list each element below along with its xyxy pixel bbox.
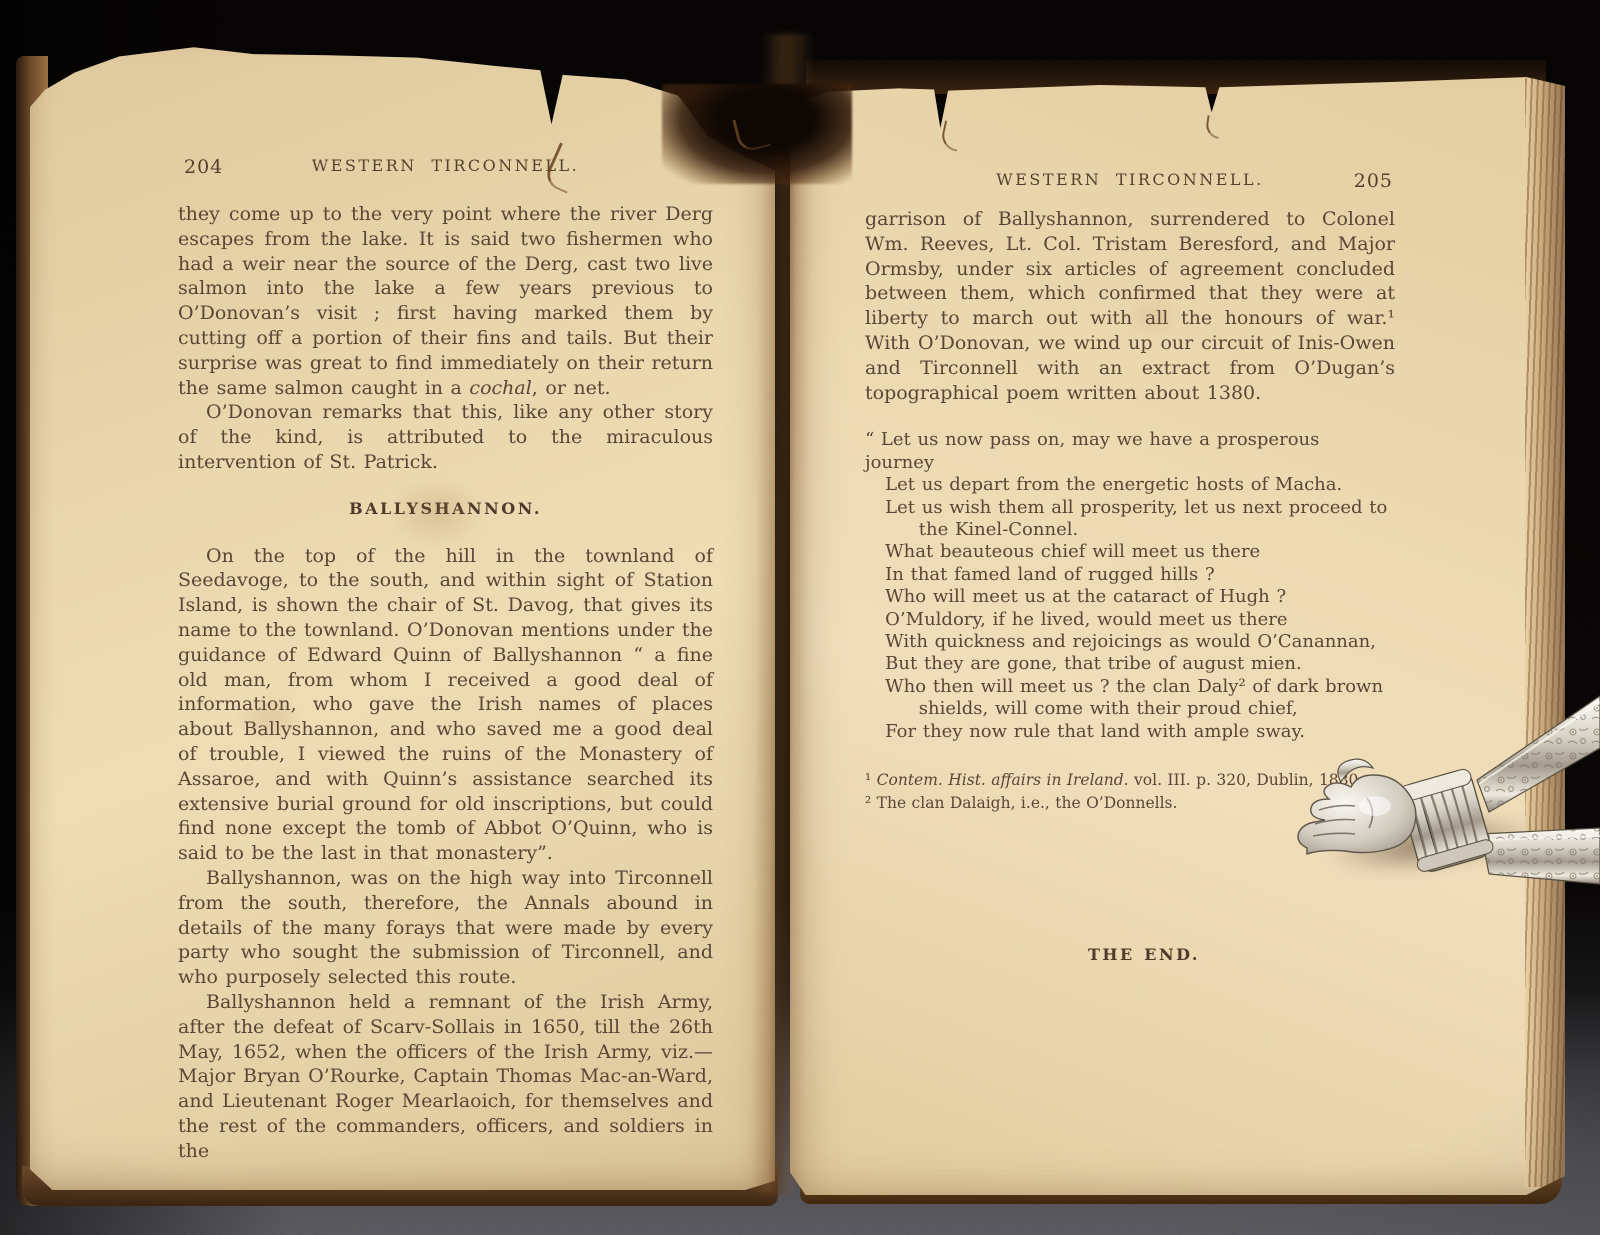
photo-open-book: 204 WESTERN TIRCONNELL. they come up to … [0,0,1600,1235]
left-page-header: 204 WESTERN TIRCONNELL. [178,156,713,182]
bookmark-lower-strap [1481,828,1600,884]
book-page-right: WESTERN TIRCONNELL. 205 garrison of Ball… [790,60,1565,1195]
paragraph-text: , or net. [532,377,611,399]
italic-term: cochal [469,377,531,399]
paragraph: garrison of Ballyshannon, surrendered to… [865,207,1395,405]
paragraph: Ballyshannon, was on the high way into T… [178,866,713,990]
left-page-body: they come up to the very point where the… [178,202,713,1163]
right-page-header: WESTERN TIRCONNELL. 205 [865,170,1395,196]
book-page-left: 204 WESTERN TIRCONNELL. they come up to … [30,38,775,1190]
paragraph: they come up to the very point where the… [178,202,713,400]
footnote-source-italic: Contem. Hist. affairs in Ireland. [877,771,1129,789]
bookmark-clip [1255,678,1600,890]
page-number-right: 205 [1354,170,1393,192]
section-heading: BALLYSHANNON. [178,497,713,522]
paragraph: Ballyshannon held a remnant of the Irish… [178,990,713,1164]
the-end-label: THE END. [879,943,1409,968]
footnote-marker: ¹ [865,771,877,789]
paragraph: On the top of the hill in the townland o… [178,544,713,866]
paragraph: O’Donovan remarks that this, like any ot… [178,400,713,474]
running-header-left: WESTERN TIRCONNELL. [178,156,713,175]
paragraph-text: they come up to the very point where the… [178,203,713,399]
bookmark-hand [1298,759,1416,854]
bookmark-upper-strap [1477,696,1600,812]
running-header-right: WESTERN TIRCONNELL. [865,170,1395,189]
